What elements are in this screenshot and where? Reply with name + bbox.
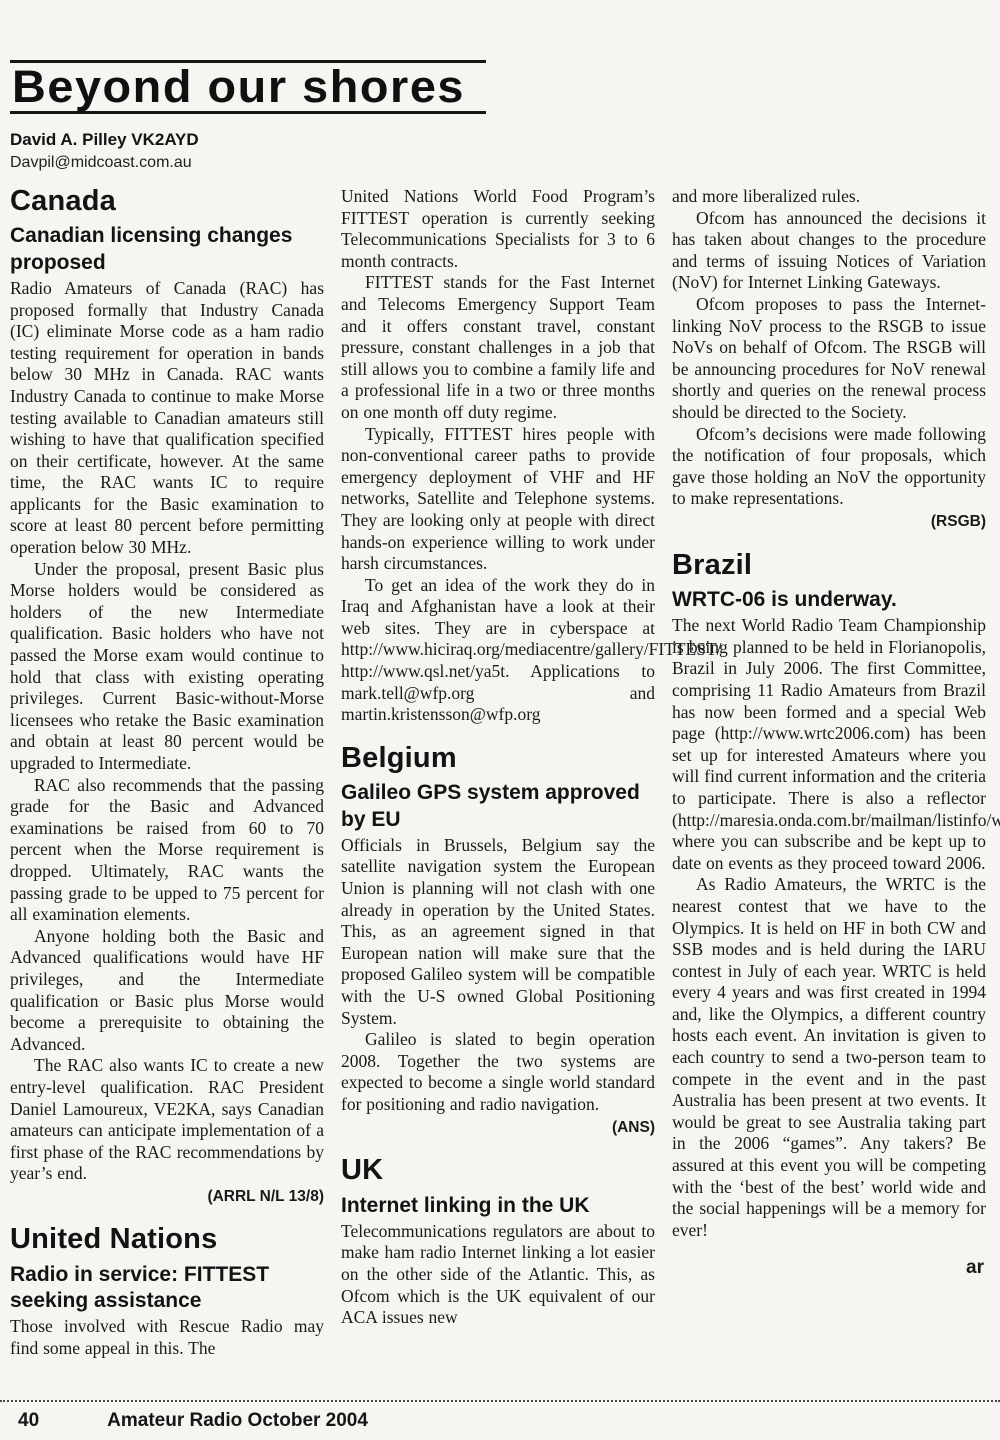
body-paragraph: and more liberalized rules. [672,186,986,208]
section-heading: UK [341,1155,655,1185]
section-heading: Brazil [672,550,986,580]
body-paragraph: To get an idea of the work they do in Ir… [341,575,655,726]
masthead: Beyond our shores [10,60,486,114]
source-credit: (ANS) [341,1117,655,1139]
article-subhead: Internet linking in the UK [341,1193,655,1219]
article-columns: CanadaCanadian licensing changes propose… [10,186,986,1360]
body-paragraph: The next World Radio Team Championship i… [672,615,986,874]
article-subhead: Galileo GPS system approved by EU [341,780,655,833]
body-paragraph: Officials in Brussels, Belgium say the s… [341,835,655,1029]
article-subhead: Canadian licensing changes proposed [10,223,324,276]
source-credit: (ARRL N/L 13/8) [10,1186,324,1208]
page-number: 40 [18,1410,39,1432]
body-paragraph: Typically, FITTEST hires people with non… [341,424,655,575]
source-credit: (RSGB) [672,511,986,533]
magazine-title: Amateur Radio October 2004 [107,1410,368,1432]
body-paragraph: Under the proposal, present Basic plus M… [10,559,324,775]
column-2: United Nations World Food Program’s FITT… [341,186,655,1360]
body-paragraph: RAC also recommends that the passing gra… [10,775,324,926]
end-mark: ar [672,1257,984,1279]
author-byline: David A. Pilley VK2AYD [10,130,986,150]
body-paragraph: Ofcom has announced the decisions it has… [672,208,986,294]
article-subhead: Radio in service: FITTEST seeking assist… [10,1262,324,1315]
body-paragraph: Telecommunications regulators are about … [341,1221,655,1329]
column-3: and more liberalized rules.Ofcom has ann… [672,186,986,1360]
body-paragraph: Anyone holding both the Basic and Advanc… [10,926,324,1056]
body-paragraph: United Nations World Food Program’s FITT… [341,186,655,272]
author-email: Davpil@midcoast.com.au [10,154,986,172]
section-heading: Canada [10,186,324,216]
article-subhead: WRTC-06 is underway. [672,587,986,613]
body-paragraph: FITTEST stands for the Fast Internet and… [341,272,655,423]
body-paragraph: Galileo is slated to begin operation 200… [341,1029,655,1115]
body-paragraph: Ofcom proposes to pass the Internet-link… [672,294,986,424]
footer-content: 40 Amateur Radio October 2004 [0,1402,1000,1432]
body-paragraph: Those involved with Rescue Radio may fin… [10,1316,324,1359]
page-footer: 40 Amateur Radio October 2004 [0,1400,1000,1440]
section-heading: United Nations [10,1224,324,1254]
body-paragraph: Radio Amateurs of Canada (RAC) has propo… [10,278,324,559]
section-heading: Belgium [341,743,655,773]
body-paragraph: Ofcom’s decisions were made following th… [672,424,986,510]
column-1: CanadaCanadian licensing changes propose… [10,186,324,1360]
body-paragraph: The RAC also wants IC to create a new en… [10,1055,324,1185]
magazine-page: Beyond our shores David A. Pilley VK2AYD… [0,60,1000,1360]
page-title: Beyond our shores [12,64,505,109]
body-paragraph: As Radio Amateurs, the WRTC is the neare… [672,874,986,1241]
